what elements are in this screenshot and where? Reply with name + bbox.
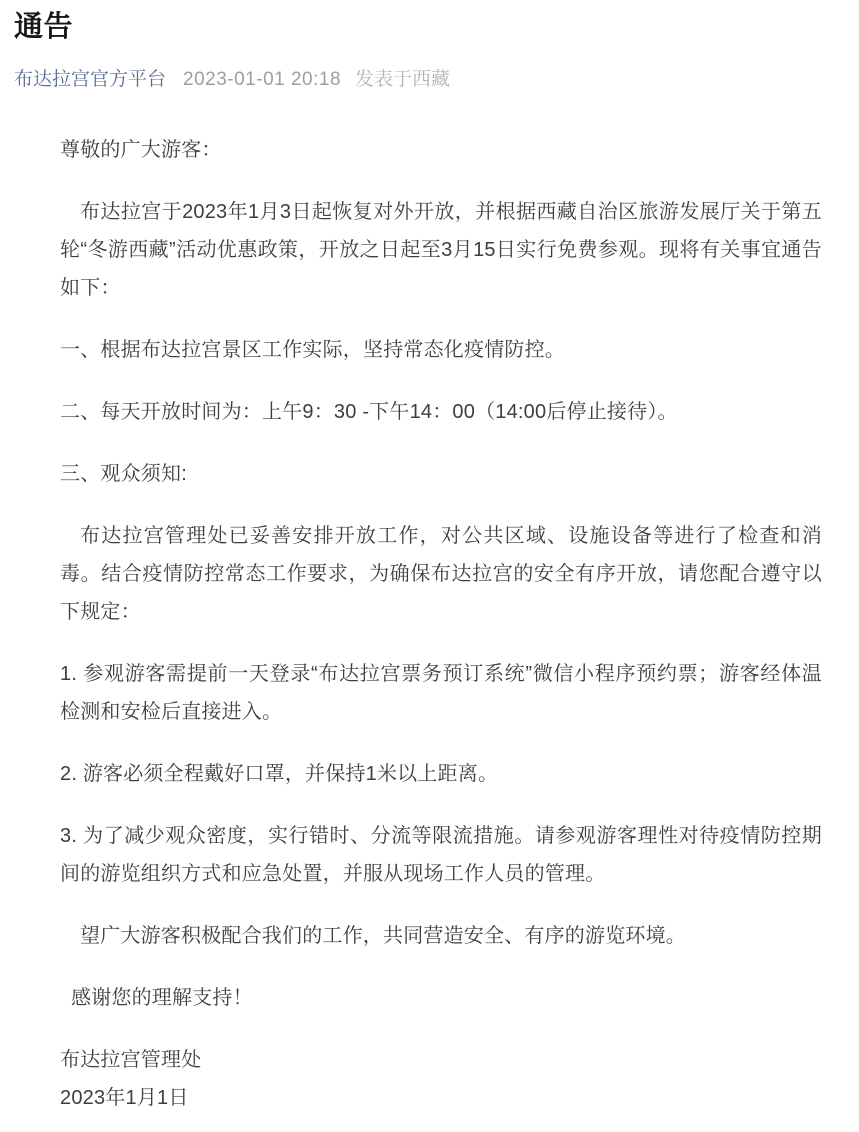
paragraph-item-two: 二、每天开放时间为：上午9：30 -下午14：00（14:00后停止接待）。 [60, 393, 822, 431]
byline: 布达拉宫官方平台2023-01-01 20:18发表于西藏 [14, 67, 845, 93]
paragraph-appeal: 望广大游客积极配合我们的工作，共同营造安全、有序的游览环境。 [60, 917, 822, 955]
paragraph-rule-1: 1. 参观游客需提前一天登录“布达拉宫票务预订系统”微信小程序预约票；游客经体温… [60, 655, 822, 731]
paragraph-thanks: 感谢您的理解支持！ [60, 979, 822, 1017]
signature-date: 2023年1月1日 [60, 1079, 822, 1117]
paragraph-item-three: 三、观众须知: [60, 455, 822, 493]
article-page: 通告 布达拉宫官方平台2023-01-01 20:18发表于西藏 尊敬的广大游客… [0, 0, 859, 1117]
paragraph-rule-2: 2. 游客必须全程戴好口罩，并保持1米以上距离。 [60, 755, 822, 793]
publish-datetime: 2023-01-01 20:18 [183, 69, 341, 90]
paragraph-salutation: 尊敬的广大游客： [60, 131, 822, 169]
paragraph-rule-3: 3. 为了减少观众密度，实行错时、分流等限流措施。请参观游客理性对待疫情防控期间… [60, 817, 822, 893]
paragraph-notice-intro: 布达拉宫管理处已妥善安排开放工作，对公共区域、设施设备等进行了检查和消毒。结合疫… [60, 517, 822, 631]
article-body: 尊敬的广大游客： 布达拉宫于2023年1月3日起恢复对外开放，并根据西藏自治区旅… [14, 131, 845, 1117]
paragraph-item-one: 一、根据布达拉宫景区工作实际，坚持常态化疫情防控。 [60, 331, 822, 369]
paragraph-intro: 布达拉宫于2023年1月3日起恢复对外开放，并根据西藏自治区旅游发展厅关于第五轮… [60, 193, 822, 307]
signature-block: 布达拉宫管理处 2023年1月1日 [60, 1041, 822, 1117]
publish-location: 发表于西藏 [355, 69, 450, 90]
signature-name: 布达拉宫管理处 [60, 1041, 822, 1079]
official-account-name[interactable]: 布达拉宫官方平台 [14, 69, 166, 90]
article-title: 通告 [14, 10, 845, 44]
